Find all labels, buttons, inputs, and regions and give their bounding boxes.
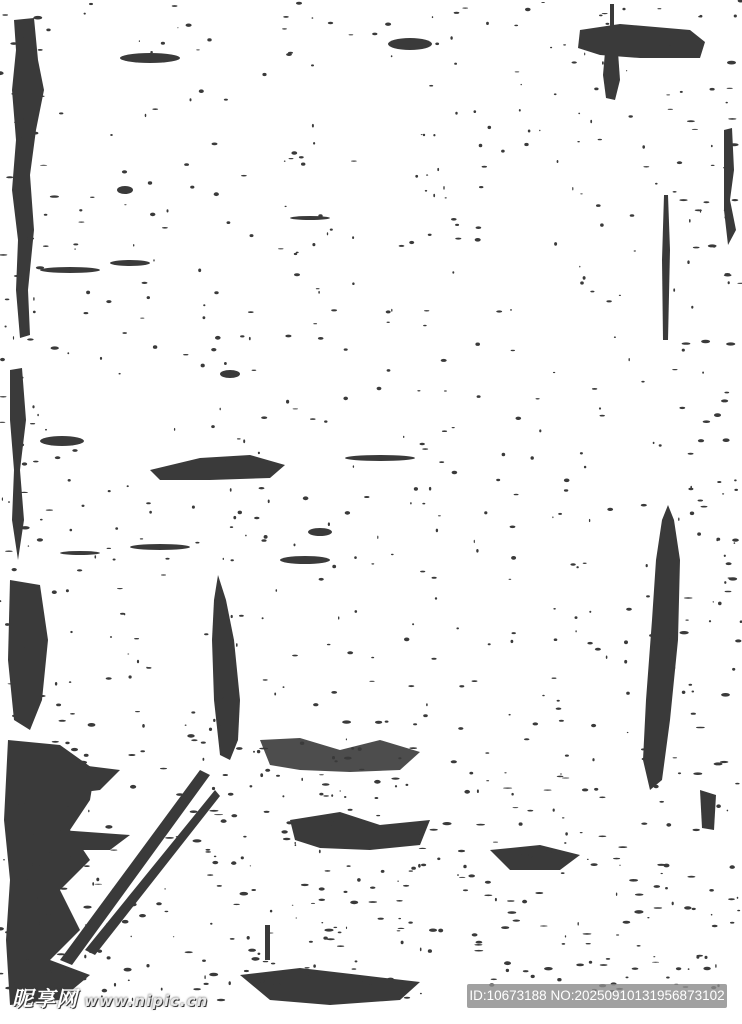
watermark-site-url: www.nipic.cn xyxy=(84,992,208,1010)
grunge-texture xyxy=(0,0,742,1024)
watermark-site-name: 昵享网 xyxy=(12,987,78,1011)
watermark-id-badge: ID:10673188 NO:20250910131956873102 xyxy=(467,984,727,1008)
watermark-site: 昵享网www.nipic.cn xyxy=(12,983,208,1013)
